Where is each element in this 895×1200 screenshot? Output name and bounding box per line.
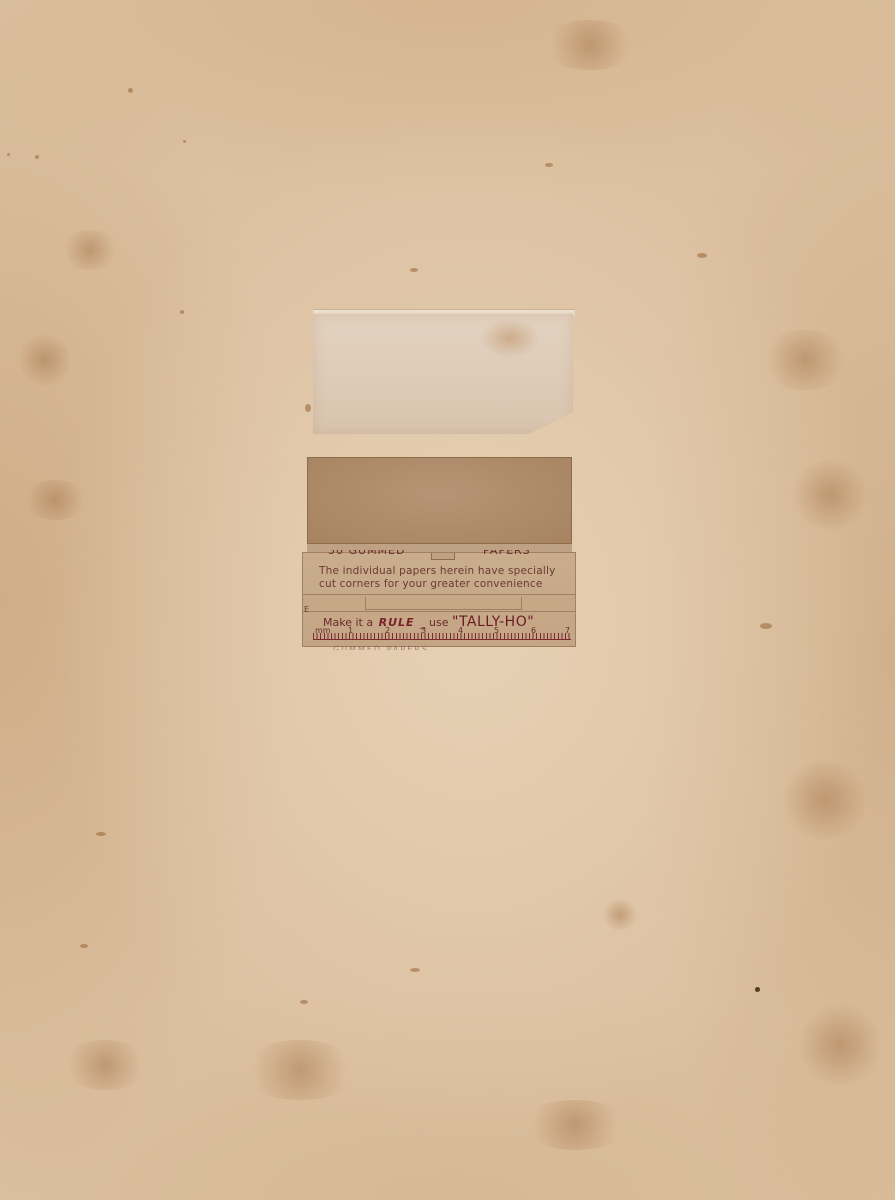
- foxing-speck: [96, 832, 106, 836]
- info-line-2: cut corners for your greater convenience: [319, 578, 569, 591]
- foxing-speck: [410, 268, 418, 272]
- foxing-speck: [80, 944, 88, 948]
- sample-stain: [480, 318, 540, 358]
- packet-notch: [431, 553, 455, 560]
- foxing-blot: [20, 480, 90, 520]
- foxing-speck: [755, 987, 760, 992]
- info-line-1: The individual papers herein have specia…: [319, 565, 569, 578]
- foxing-blot: [20, 330, 70, 390]
- foxing-blot: [240, 1040, 360, 1100]
- foxing-blot: [540, 20, 640, 70]
- header-left-text: 50 GUMMED: [328, 550, 405, 557]
- packet-info-text: The individual papers herein have specia…: [319, 565, 569, 591]
- packet-ruler: mm 1 2 3 4 5 6 7: [313, 628, 571, 640]
- foxing-speck: [697, 253, 707, 258]
- header-right-text: PAPERS: [483, 550, 531, 557]
- foxing-speck: [35, 155, 39, 159]
- foxing-speck: [300, 1000, 308, 1004]
- foxing-blot: [780, 760, 870, 840]
- foxing-speck: [410, 968, 420, 972]
- aged-paper-page: 50 GUMMED PAPERS The individual papers h…: [0, 0, 895, 1200]
- foxing-blot: [760, 330, 850, 390]
- packet-divider-band: [303, 594, 575, 612]
- packet-body: 50 GUMMED PAPERS The individual papers h…: [302, 552, 576, 647]
- foxing-blot: [800, 1000, 880, 1090]
- divider-inner: [365, 597, 522, 610]
- foxing-speck: [180, 310, 184, 314]
- foxing-blot: [60, 1040, 150, 1090]
- foxing-speck: [128, 88, 133, 93]
- foxing-blot: [790, 460, 870, 530]
- ruler-ticks: [313, 633, 571, 640]
- foxing-speck: [760, 623, 772, 629]
- packet-bottom-text: GUMMED PAPERS: [333, 645, 429, 650]
- foxing-speck: [7, 153, 10, 156]
- foxing-blot: [60, 230, 120, 270]
- edge-letter: E: [304, 603, 309, 617]
- foxing-speck: [545, 163, 553, 167]
- packet-flap: [307, 457, 572, 549]
- foxing-speck: [183, 140, 186, 143]
- foxing-speck: [305, 404, 311, 412]
- foxing-blot: [600, 900, 640, 930]
- rolling-paper-packet: 50 GUMMED PAPERS The individual papers h…: [302, 457, 576, 647]
- foxing-blot: [520, 1100, 630, 1150]
